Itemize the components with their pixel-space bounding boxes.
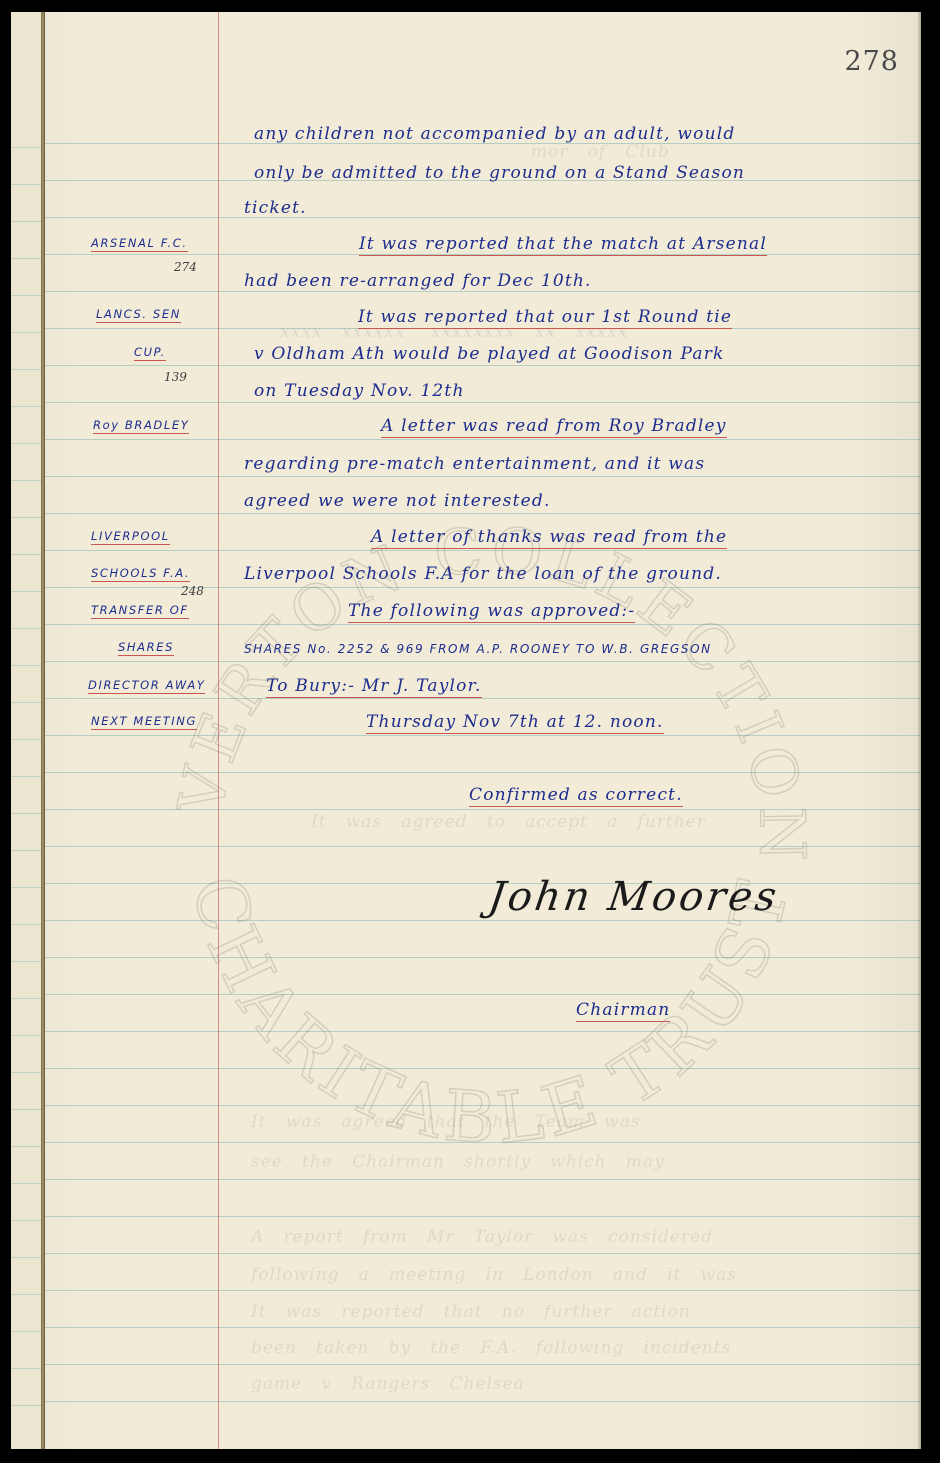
ruled-line [45,920,921,921]
stub-ruled-line [11,184,41,185]
share-transfer-detail: SHARES No. 2252 & 969 FROM A.P. ROONEY T… [244,642,712,656]
stub-ruled-line [11,443,41,444]
ruled-line [45,1364,921,1365]
stub-ruled-line [11,1072,41,1073]
body-line: ticket. [244,198,307,218]
stub-ruled-line [11,1109,41,1110]
ruled-line [45,624,921,625]
margin-heading-transfer-of-shares: TRANSFER OF [91,603,189,619]
minute-text: agreed we were not interested. [244,491,551,511]
bleed-through-text: It was agreed that the Team was [251,1112,641,1132]
bleed-through-text: It was agreed to accept a further [311,812,706,832]
stub-ruled-line [11,1368,41,1369]
margin-heading-liverpool-schools: LIVERPOOL [91,529,170,545]
stub-ruled-line [11,517,41,518]
ruled-line [45,402,921,403]
ruled-line [45,439,921,440]
ruled-line [45,1401,921,1402]
stub-ruled-line [11,665,41,666]
minute-text: A letter was read from Roy Bradley [381,416,727,436]
minute-text: The following was approved:- [348,601,635,621]
stub-ruled-line [11,813,41,814]
stub-ruled-line [11,1257,41,1258]
ruled-line [45,476,921,477]
body-line: only be admitted to the ground on a Stan… [254,163,745,183]
stub-ruled-line [11,1331,41,1332]
bleed-through-text: A report from Mr Taylor was considered [251,1227,713,1247]
minute-text: To Bury:- Mr J. Taylor. [266,676,482,696]
bleed-through-text: It was reported that no further action [251,1302,691,1322]
stub-ruled-line [11,369,41,370]
stub-ruled-line [11,295,41,296]
ruled-line [45,217,921,218]
bleed-through-text: following a meeting in London and it was [251,1265,737,1285]
minute-text: It was reported that our 1st Round tie [358,307,732,327]
red-margin-rule [218,12,219,1449]
minute-text: Liverpool Schools F.A for the loan of th… [244,564,722,584]
margin-heading-next-meeting: NEXT MEETING [91,714,197,730]
stub-ruled-line [11,776,41,777]
signatory-title: Chairman [576,1000,670,1020]
ruled-line [45,846,921,847]
ruled-line [45,957,921,958]
margin-heading-transfer-of-shares: SHARES [118,640,174,656]
page-number: 278 [844,46,899,77]
chairman-signature: John Moores [486,874,782,920]
stub-ruled-line [11,1146,41,1147]
stub-ruled-line [11,1405,41,1406]
ruled-line [45,1327,921,1328]
ruled-line [45,550,921,551]
ruled-line [45,1179,921,1180]
stub-ruled-line [11,1035,41,1036]
margin-heading-arsenal: ARSENAL F.C. [91,236,188,252]
stub-ruled-line [11,628,41,629]
stub-ruled-line [11,147,41,148]
minute-book-page: mor of Club xxxx xxxxxx xxxxxxxx xx xxxx… [11,12,921,1449]
minute-text: on Tuesday Nov. 12th [254,381,465,401]
minute-text: A letter of thanks was read from the [371,527,727,547]
ruled-line [45,1253,921,1254]
bleed-through-text: mor of Club [531,142,670,162]
margin-heading-lancs-sen-cup: CUP. [134,345,166,361]
ruled-line [45,1068,921,1069]
ruled-line [45,994,921,995]
stub-ruled-line [11,554,41,555]
stub-ruled-line [11,480,41,481]
ruled-line [45,587,921,588]
ruled-line [45,698,921,699]
minute-text: Thursday Nov 7th at 12. noon. [366,712,664,732]
bleed-through-text: game v Rangers Chelsea [251,1374,525,1394]
ruled-line [45,772,921,773]
minute-text: v Oldham Ath would be played at Goodison… [254,344,725,364]
stub-ruled-line [11,1294,41,1295]
minute-text: regarding pre-match entertainment, and i… [244,454,705,474]
ruled-line [45,291,921,292]
ruled-line [45,883,921,884]
stub-ruled-line [11,850,41,851]
body-line: any children not accompanied by an adult… [254,124,735,144]
stub-ruled-line [11,702,41,703]
stub-ruled-line [11,591,41,592]
margin-heading-director-away: DIRECTOR AWAY [88,678,205,694]
minute-text: had been re-arranged for Dec 10th. [244,271,592,291]
margin-heading-liverpool-schools: SCHOOLS F.A. [91,566,190,582]
stub-ruled-line [11,221,41,222]
ruled-line [45,365,921,366]
ruled-line [45,513,921,514]
stub-ruled-line [11,332,41,333]
ruled-line [45,1105,921,1106]
ruled-line [45,809,921,810]
stub-ruled-line [11,1183,41,1184]
ruled-line [45,735,921,736]
ruled-line [45,1031,921,1032]
stub-ruled-line [11,739,41,740]
margin-heading-roy-bradley: Roy BRADLEY [93,418,189,434]
ruled-line [45,1216,921,1217]
page-edge [917,12,921,1449]
stub-ruled-line [11,998,41,999]
margin-heading-lancs-sen-cup: LANCS. SEN [96,307,181,323]
stub-ruled-line [11,1220,41,1221]
stub-ruled-line [11,258,41,259]
ruled-line [45,1290,921,1291]
minute-reference: 248 [181,584,204,598]
stub-ruled-line [11,887,41,888]
bleed-through-text: see the Chairman shortly which may [251,1152,665,1172]
stub-ruled-line [11,406,41,407]
minute-text: It was reported that the match at Arsena… [359,234,767,254]
stub-ruled-line [11,961,41,962]
minute-reference: 139 [164,370,187,384]
minute-reference: 274 [174,260,197,274]
ruled-line [45,1142,921,1143]
bleed-through-text: been taken by the F.A. following inciden… [251,1338,731,1358]
confirmation-text: Confirmed as correct. [469,785,683,805]
stub-ruled-line [11,924,41,925]
ruled-line [45,661,921,662]
